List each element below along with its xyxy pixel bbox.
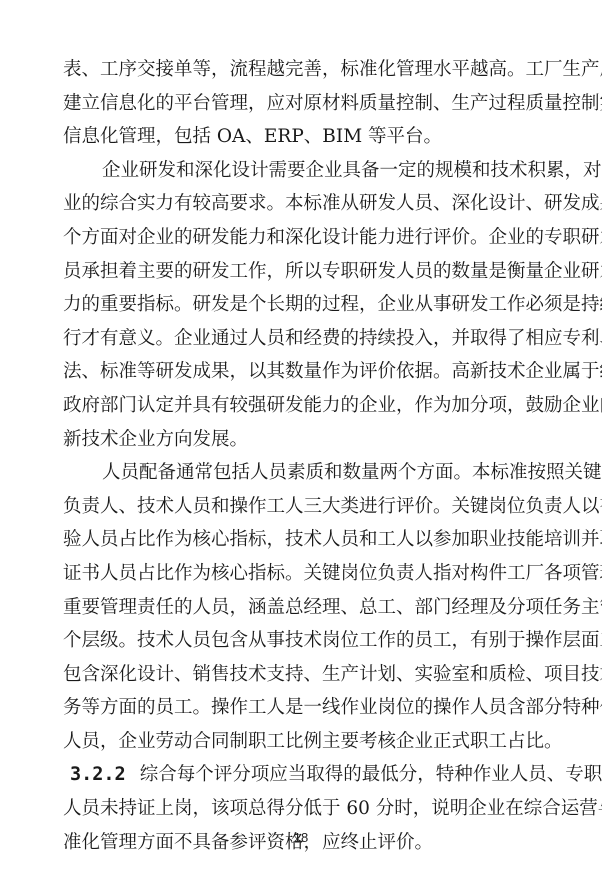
text-line: 个方面对企业的研发能力和深化设计能力进行评价。企业的专职研发人 [63,221,541,255]
paragraph-3: 人员配备通常包括人员素质和数量两个方面。本标准按照关键岗位 负责人、技术人员和操… [63,456,541,758]
text-line: 包含深化设计、销售技术支持、生产计划、实验室和质检、项目技术服 [63,658,541,692]
text-line: 个层级。技术人员包含从事技术岗位工作的员工，有别于操作层面工人， [63,624,541,658]
text-line: 建立信息化的平台管理，应对原材料质量控制、生产过程质量控制实施 [63,87,541,121]
text-line: 人员，企业劳动合同制职工比例主要考核企业正式职工占比。 [63,725,541,759]
text-line: 人员配备通常包括人员素质和数量两个方面。本标准按照关键岗位 [63,456,541,490]
document-page: 表、工序交接单等，流程越完善，标准化管理水平越高。工厂生产应当 建立信息化的平台… [0,0,602,872]
text-line: 新技术企业方向发展。 [63,423,541,457]
text-line: 力的重要指标。研发是个长期的过程，企业从事研发工作必须是持续进 [63,288,541,322]
clause-text: 综合每个评分项应当取得的最低分，特种作业人员、专职质检 [140,764,602,785]
paragraph-2: 企业研发和深化设计需要企业具备一定的规模和技术积累，对于企 业的综合实力有较高要… [63,154,541,456]
text-line: 法、标准等研发成果，以其数量作为评价依据。高新技术企业属于经过 [63,355,541,389]
body-text: 表、工序交接单等，流程越完善，标准化管理水平越高。工厂生产应当 建立信息化的平台… [63,53,541,859]
text-line: 行才有意义。企业通过人员和经费的持续投入，并取得了相应专利、工 [63,322,541,356]
text-line: 企业研发和深化设计需要企业具备一定的规模和技术积累，对于企 [63,154,541,188]
page-number: 18 [0,830,602,845]
text-line: 务等方面的员工。操作工人是一线作业岗位的操作人员含部分特种作业 [63,691,541,725]
text-line: 证书人员占比作为核心指标。关键岗位负责人指对构件工厂各项管理有 [63,557,541,591]
paragraph-1: 表、工序交接单等，流程越完善，标准化管理水平越高。工厂生产应当 建立信息化的平台… [63,53,541,154]
clause-number: 3.2.2 [63,764,126,785]
text-line: 人员未持证上岗，该项总得分低于 60 分时，说明企业在综合运营与标 [63,792,541,826]
text-line: 重要管理责任的人员，涵盖总经理、总工、部门经理及分项任务主管三 [63,591,541,625]
text-line: 员承担着主要的研发工作，所以专职研发人员的数量是衡量企业研发能 [63,255,541,289]
text-line: 政府部门认定并具有较强研发能力的企业，作为加分项，鼓励企业向高 [63,389,541,423]
text-line: 负责人、技术人员和操作工人三大类进行评价。关键岗位负责人以有经 [63,490,541,524]
text-line: 业的综合实力有较高要求。本标准从研发人员、深化设计、研发成果三 [63,187,541,221]
text-line: 表、工序交接单等，流程越完善，标准化管理水平越高。工厂生产应当 [63,53,541,87]
text-line: 信息化管理，包括 OA、ERP、BIM 等平台。 [63,120,541,154]
clause-first-line: 3.2.2综合每个评分项应当取得的最低分，特种作业人员、专职质检 [63,758,541,792]
text-line: 验人员占比作为核心指标，技术人员和工人以参加职业技能培训并取得 [63,523,541,557]
